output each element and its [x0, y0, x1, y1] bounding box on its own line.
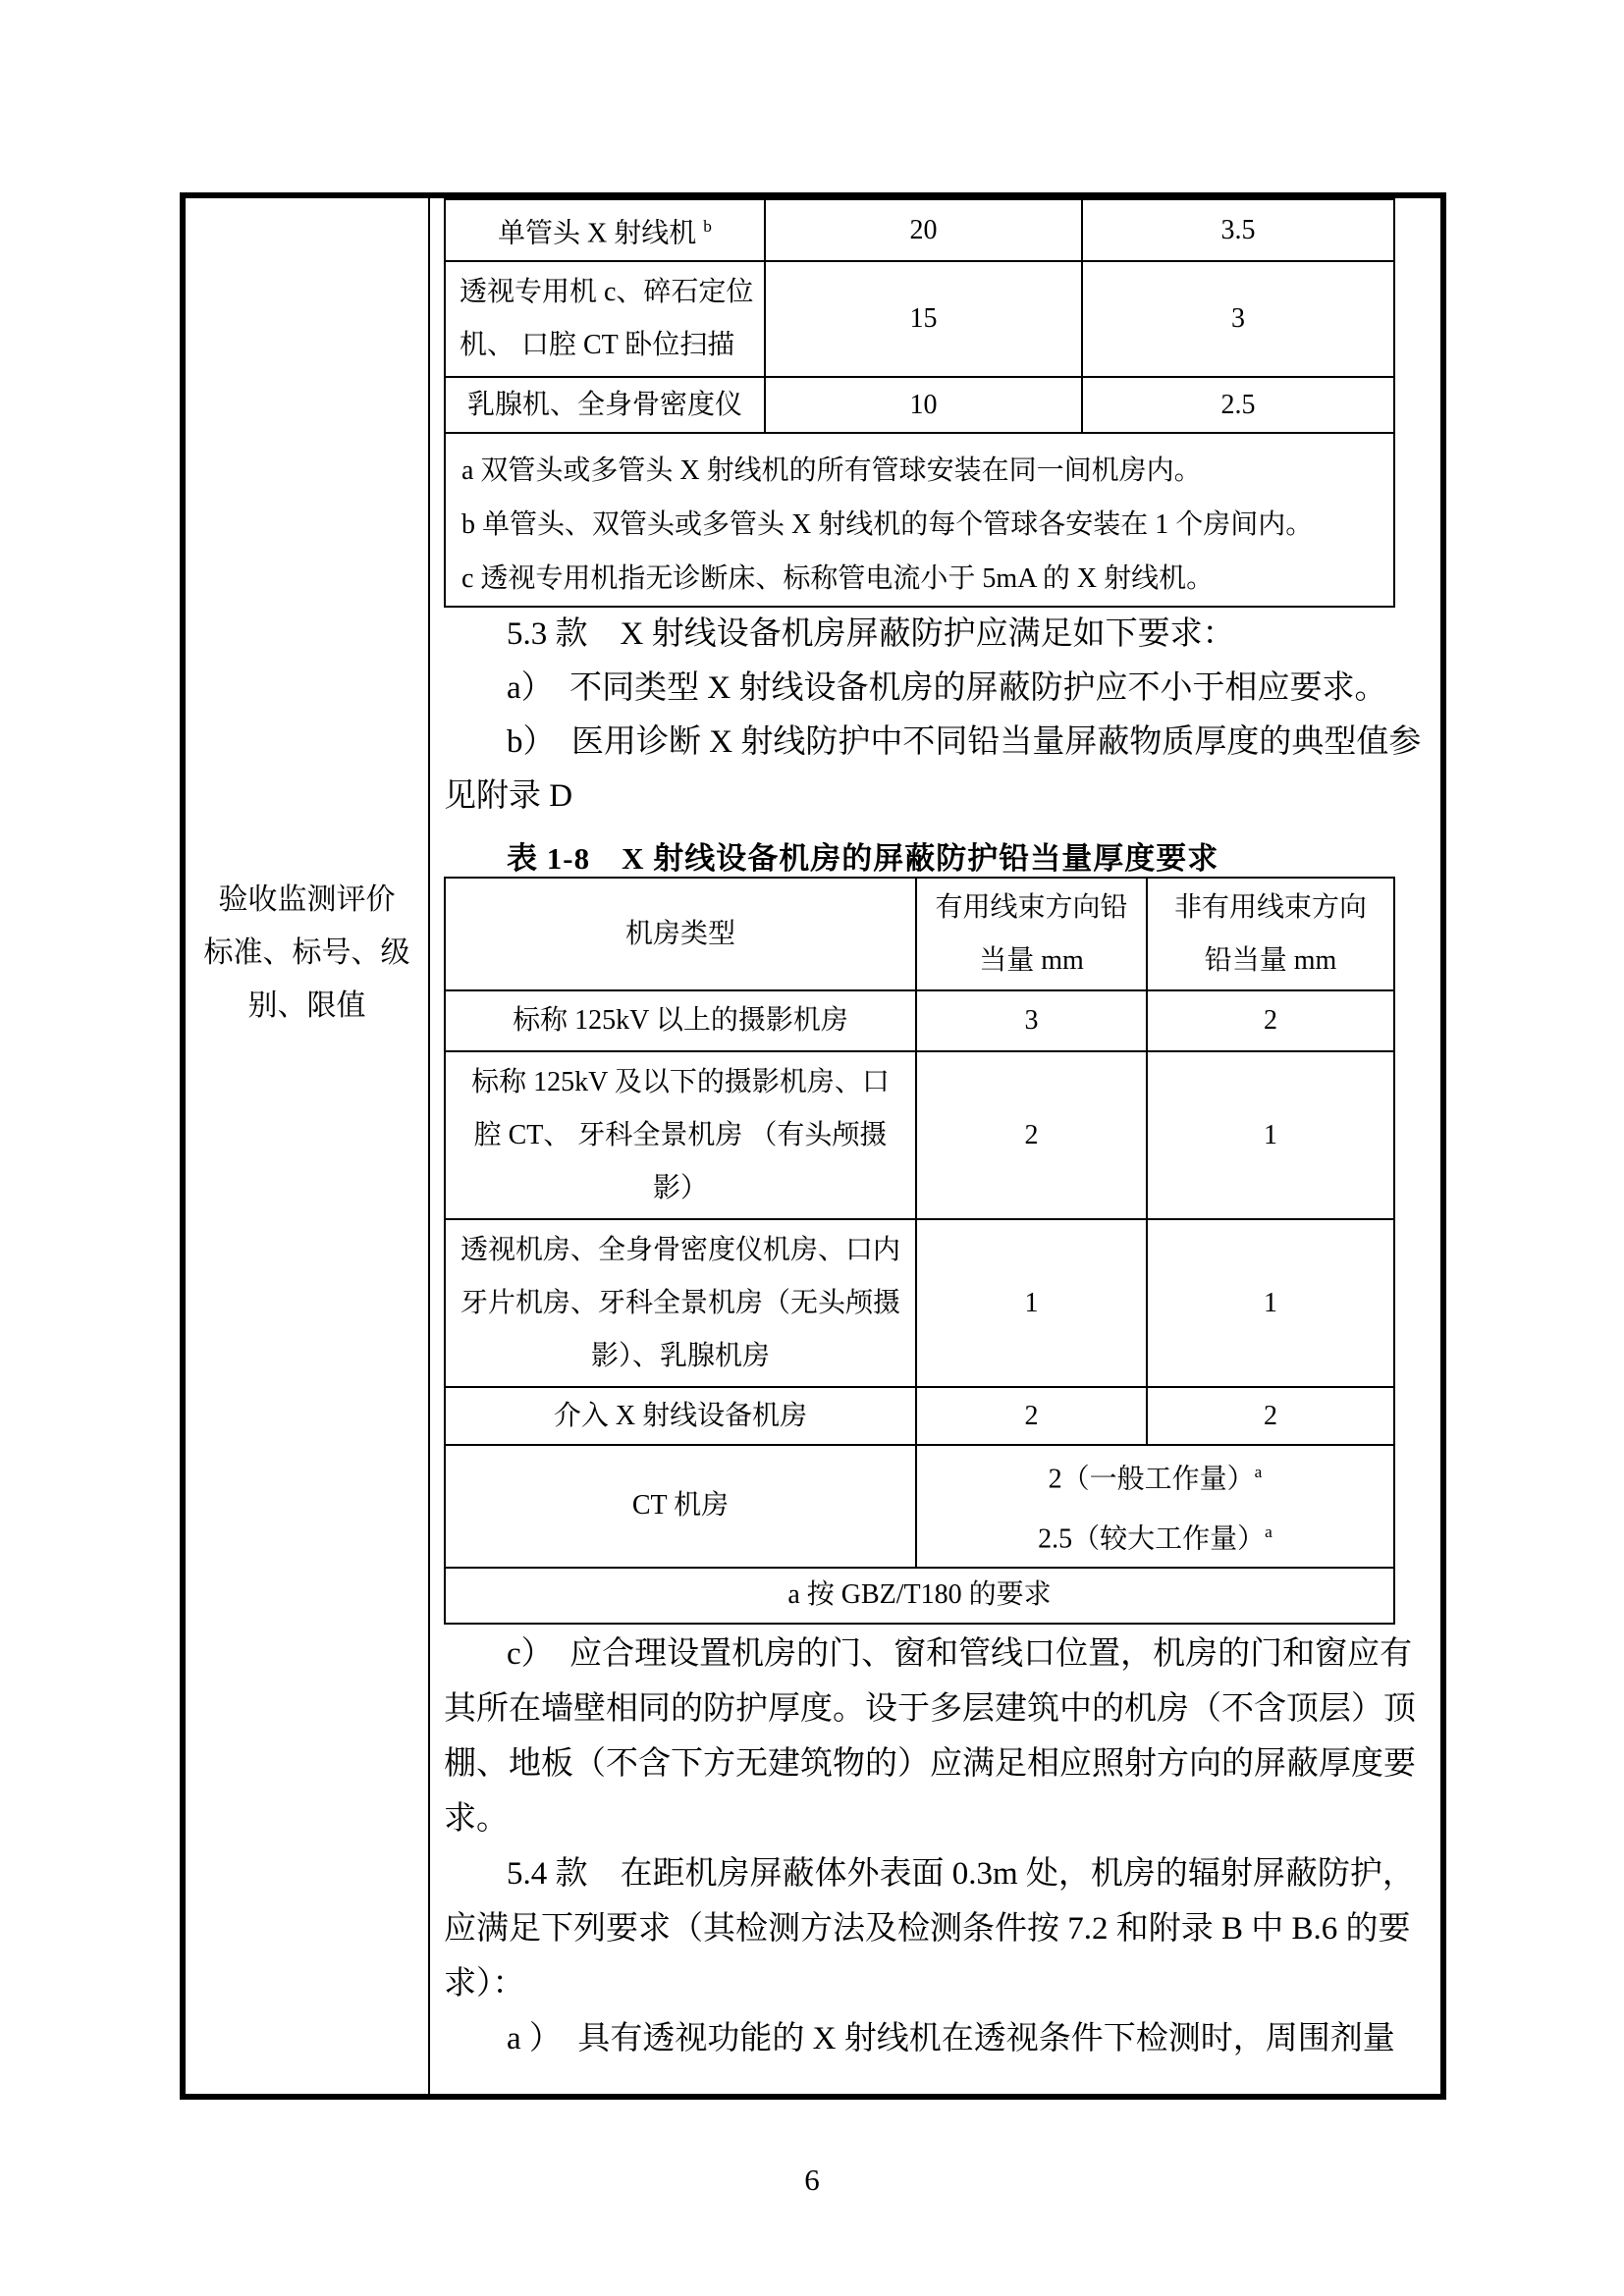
table-cell: 非有用线束方向铅当量 mm — [1147, 878, 1394, 990]
table-row: 介入 X 射线设备机房22 — [445, 1387, 1394, 1445]
clause-5-3-paragraphs: 5.3 款 X 射线设备机房屏蔽防护应满足如下要求：a） 不同类型 X 射线设备… — [444, 608, 1435, 824]
table-cell: 乳腺机、全身骨密度仪 — [445, 377, 765, 433]
table-cell: CT 机房 — [445, 1445, 916, 1568]
document-page: 验收监测评价 标准、标号、级 别、限值 单管头 X 射线机 b203.5透视专用… — [0, 0, 1624, 2296]
table-row: a 按 GBZ/T180 的要求 — [445, 1568, 1394, 1624]
cell-line: 机、 口腔 CT 卧位扫描 — [460, 319, 758, 372]
table-row: 标称 125kV 及以下的摄影机房、口腔 CT、 牙科全景机房 （有头颅摄影）2… — [445, 1051, 1394, 1219]
cell-line: 15 — [766, 293, 1081, 346]
page-number: 6 — [0, 2163, 1624, 2198]
table-row: 乳腺机、全身骨密度仪102.5 — [445, 377, 1394, 433]
cell-line: 2 — [917, 1390, 1146, 1443]
table-cell: 2 — [916, 1387, 1147, 1445]
paragraph-line: a ） 具有透视功能的 X 射线机在透视条件下检测时，周围剂量 — [444, 2011, 1435, 2066]
data-table: 单管头 X 射线机 b203.5透视专用机 c、碎石定位机、 口腔 CT 卧位扫… — [444, 198, 1395, 608]
table-row: 透视机房、全身骨密度仪机房、口内牙片机房、牙科全景机房（无头颅摄影）、乳腺机房1… — [445, 1219, 1394, 1387]
superscript-marker: b — [703, 217, 712, 236]
left-header-line: 验收监测评价 — [186, 874, 428, 927]
paragraph-line: 其所在墙壁相同的防护厚度。设于多层建筑中的机房（不含顶层）顶 — [444, 1682, 1435, 1736]
data-table: 机房类型有用线束方向铅当量 mm非有用线束方向铅当量 mm标称 125kV 以上… — [444, 877, 1395, 1625]
paragraph-line: 求）： — [444, 1956, 1435, 2011]
cell-line: b 单管头、双管头或多管头 X 射线机的每个管球各安装在 1 个房间内。 — [461, 498, 1393, 552]
table-cell: 3.5 — [1082, 199, 1394, 261]
cell-line: 2 — [1148, 1390, 1393, 1443]
equipment-workload-table: 单管头 X 射线机 b203.5透视专用机 c、碎石定位机、 口腔 CT 卧位扫… — [444, 198, 1395, 608]
cell-line: 标称 125kV 及以下的摄影机房、口 — [446, 1056, 915, 1109]
cell-line: 透视机房、全身骨密度仪机房、口内 — [446, 1224, 915, 1277]
table-cell: 2.5 — [1082, 377, 1394, 433]
table-cell: 3 — [916, 990, 1147, 1051]
cell-line: 当量 mm — [917, 934, 1146, 988]
table-cell: 单管头 X 射线机 b — [445, 199, 765, 261]
table-cell: a 双管头或多管头 X 射线机的所有管球安装在同一间机房内。b 单管头、双管头或… — [445, 433, 1394, 607]
cell-line: 1 — [1148, 1109, 1393, 1162]
outer-table-column-divider — [428, 192, 430, 2100]
cell-line: 乳腺机、全身骨密度仪 — [446, 379, 764, 432]
cell-line: 影）、乳腺机房 — [446, 1330, 915, 1383]
left-header-cell: 验收监测评价 标准、标号、级 别、限值 — [186, 874, 428, 1033]
cell-line: 2（一般工作量）a — [917, 1446, 1393, 1506]
table-cell: 透视机房、全身骨密度仪机房、口内牙片机房、牙科全景机房（无头颅摄影）、乳腺机房 — [445, 1219, 916, 1387]
cell-line: 3.5 — [1083, 204, 1393, 257]
paragraph-line: b） 医用诊断 X 射线防护中不同铅当量屏蔽物质厚度的典型值参 — [444, 716, 1435, 770]
paragraph-line: 求。 — [444, 1791, 1435, 1846]
table-row: 标称 125kV 以上的摄影机房32 — [445, 990, 1394, 1051]
table-cell: 透视专用机 c、碎石定位机、 口腔 CT 卧位扫描 — [445, 261, 765, 377]
cell-line: 2 — [1148, 994, 1393, 1047]
table-cell: 15 — [765, 261, 1082, 377]
cell-line: 透视专用机 c、碎石定位 — [460, 266, 758, 319]
table-cell: 2 — [1147, 990, 1394, 1051]
cell-line: 2.5 — [1083, 379, 1393, 432]
left-header-line: 标准、标号、级 — [186, 927, 428, 980]
table-cell: 1 — [1147, 1051, 1394, 1219]
cell-line: 有用线束方向铅 — [917, 881, 1146, 934]
table-row: 单管头 X 射线机 b203.5 — [445, 199, 1394, 261]
table-row: 透视专用机 c、碎石定位机、 口腔 CT 卧位扫描153 — [445, 261, 1394, 377]
left-header-line: 别、限值 — [186, 980, 428, 1033]
cell-line: 3 — [1083, 293, 1393, 346]
table-cell: 标称 125kV 以上的摄影机房 — [445, 990, 916, 1051]
table-cell: a 按 GBZ/T180 的要求 — [445, 1568, 1394, 1624]
cell-line: CT 机房 — [446, 1479, 915, 1532]
table-cell: 10 — [765, 377, 1082, 433]
table-cell: 1 — [916, 1219, 1147, 1387]
cell-line: 1 — [917, 1277, 1146, 1330]
cell-line: 2 — [917, 1109, 1146, 1162]
table-cell: 2（一般工作量）a2.5（较大工作量）a — [916, 1445, 1394, 1568]
paragraph-line: c） 应合理设置机房的门、窗和管线口位置，机房的门和窗应有 — [444, 1627, 1435, 1682]
paragraph-line: a） 不同类型 X 射线设备机房的屏蔽防护应不小于相应要求。 — [444, 662, 1435, 716]
cell-line: 牙片机房、牙科全景机房（无头颅摄 — [446, 1277, 915, 1330]
table-row: CT 机房2（一般工作量）a2.5（较大工作量）a — [445, 1445, 1394, 1568]
cell-line: 腔 CT、 牙科全景机房 （有头颅摄 — [446, 1109, 915, 1162]
paragraph-line: 5.3 款 X 射线设备机房屏蔽防护应满足如下要求： — [444, 608, 1435, 662]
table-cell: 机房类型 — [445, 878, 916, 990]
table-1-8-title: 表 1-8 X 射线设备机房的屏蔽防护铅当量厚度要求 — [507, 833, 1218, 878]
table-cell: 20 — [765, 199, 1082, 261]
cell-line: 介入 X 射线设备机房 — [446, 1390, 915, 1443]
cell-line: 3 — [917, 994, 1146, 1047]
table-row: a 双管头或多管头 X 射线机的所有管球安装在同一间机房内。b 单管头、双管头或… — [445, 433, 1394, 607]
table-row: 机房类型有用线束方向铅当量 mm非有用线束方向铅当量 mm — [445, 878, 1394, 990]
paragraph-line: 见附录 D — [444, 770, 1435, 824]
cell-line: 铅当量 mm — [1148, 934, 1393, 988]
clause-5-4-paragraphs: c） 应合理设置机房的门、窗和管线口位置，机房的门和窗应有其所在墙壁相同的防护厚… — [444, 1627, 1435, 2066]
cell-line: 影） — [446, 1162, 915, 1215]
paragraph-line: 5.4 款 在距机房屏蔽体外表面 0.3m 处，机房的辐射屏蔽防护， — [444, 1846, 1435, 1901]
paragraph-line: 棚、地板（不含下方无建筑物的）应满足相应照射方向的屏蔽厚度要 — [444, 1736, 1435, 1791]
cell-line: 非有用线束方向 — [1148, 881, 1393, 934]
table-cell: 标称 125kV 及以下的摄影机房、口腔 CT、 牙科全景机房 （有头颅摄影） — [445, 1051, 916, 1219]
cell-line: 10 — [766, 379, 1081, 432]
cell-line: a 双管头或多管头 X 射线机的所有管球安装在同一间机房内。 — [461, 444, 1393, 498]
cell-line: c 透视专用机指无诊断床、标称管电流小于 5mA 的 X 射线机。 — [461, 552, 1393, 606]
table-cell: 有用线束方向铅当量 mm — [916, 878, 1147, 990]
cell-line: 1 — [1148, 1277, 1393, 1330]
paragraph-line: 应满足下列要求（其检测方法及检测条件按 7.2 和附录 B 中 B.6 的要 — [444, 1901, 1435, 1956]
table-cell: 2 — [916, 1051, 1147, 1219]
table-cell: 1 — [1147, 1219, 1394, 1387]
cell-line: 2.5（较大工作量）a — [917, 1506, 1393, 1566]
cell-line: 机房类型 — [446, 908, 915, 961]
superscript-marker: a — [1255, 1463, 1263, 1481]
table-1-8-shielding-table: 机房类型有用线束方向铅当量 mm非有用线束方向铅当量 mm标称 125kV 以上… — [444, 877, 1395, 1625]
table-cell: 3 — [1082, 261, 1394, 377]
table-cell: 介入 X 射线设备机房 — [445, 1387, 916, 1445]
table-cell: 2 — [1147, 1387, 1394, 1445]
cell-line: 单管头 X 射线机 b — [446, 200, 764, 260]
cell-line: 标称 125kV 以上的摄影机房 — [446, 994, 915, 1047]
superscript-marker: a — [1265, 1522, 1272, 1541]
cell-line: a 按 GBZ/T180 的要求 — [446, 1569, 1393, 1622]
cell-line: 20 — [766, 204, 1081, 257]
